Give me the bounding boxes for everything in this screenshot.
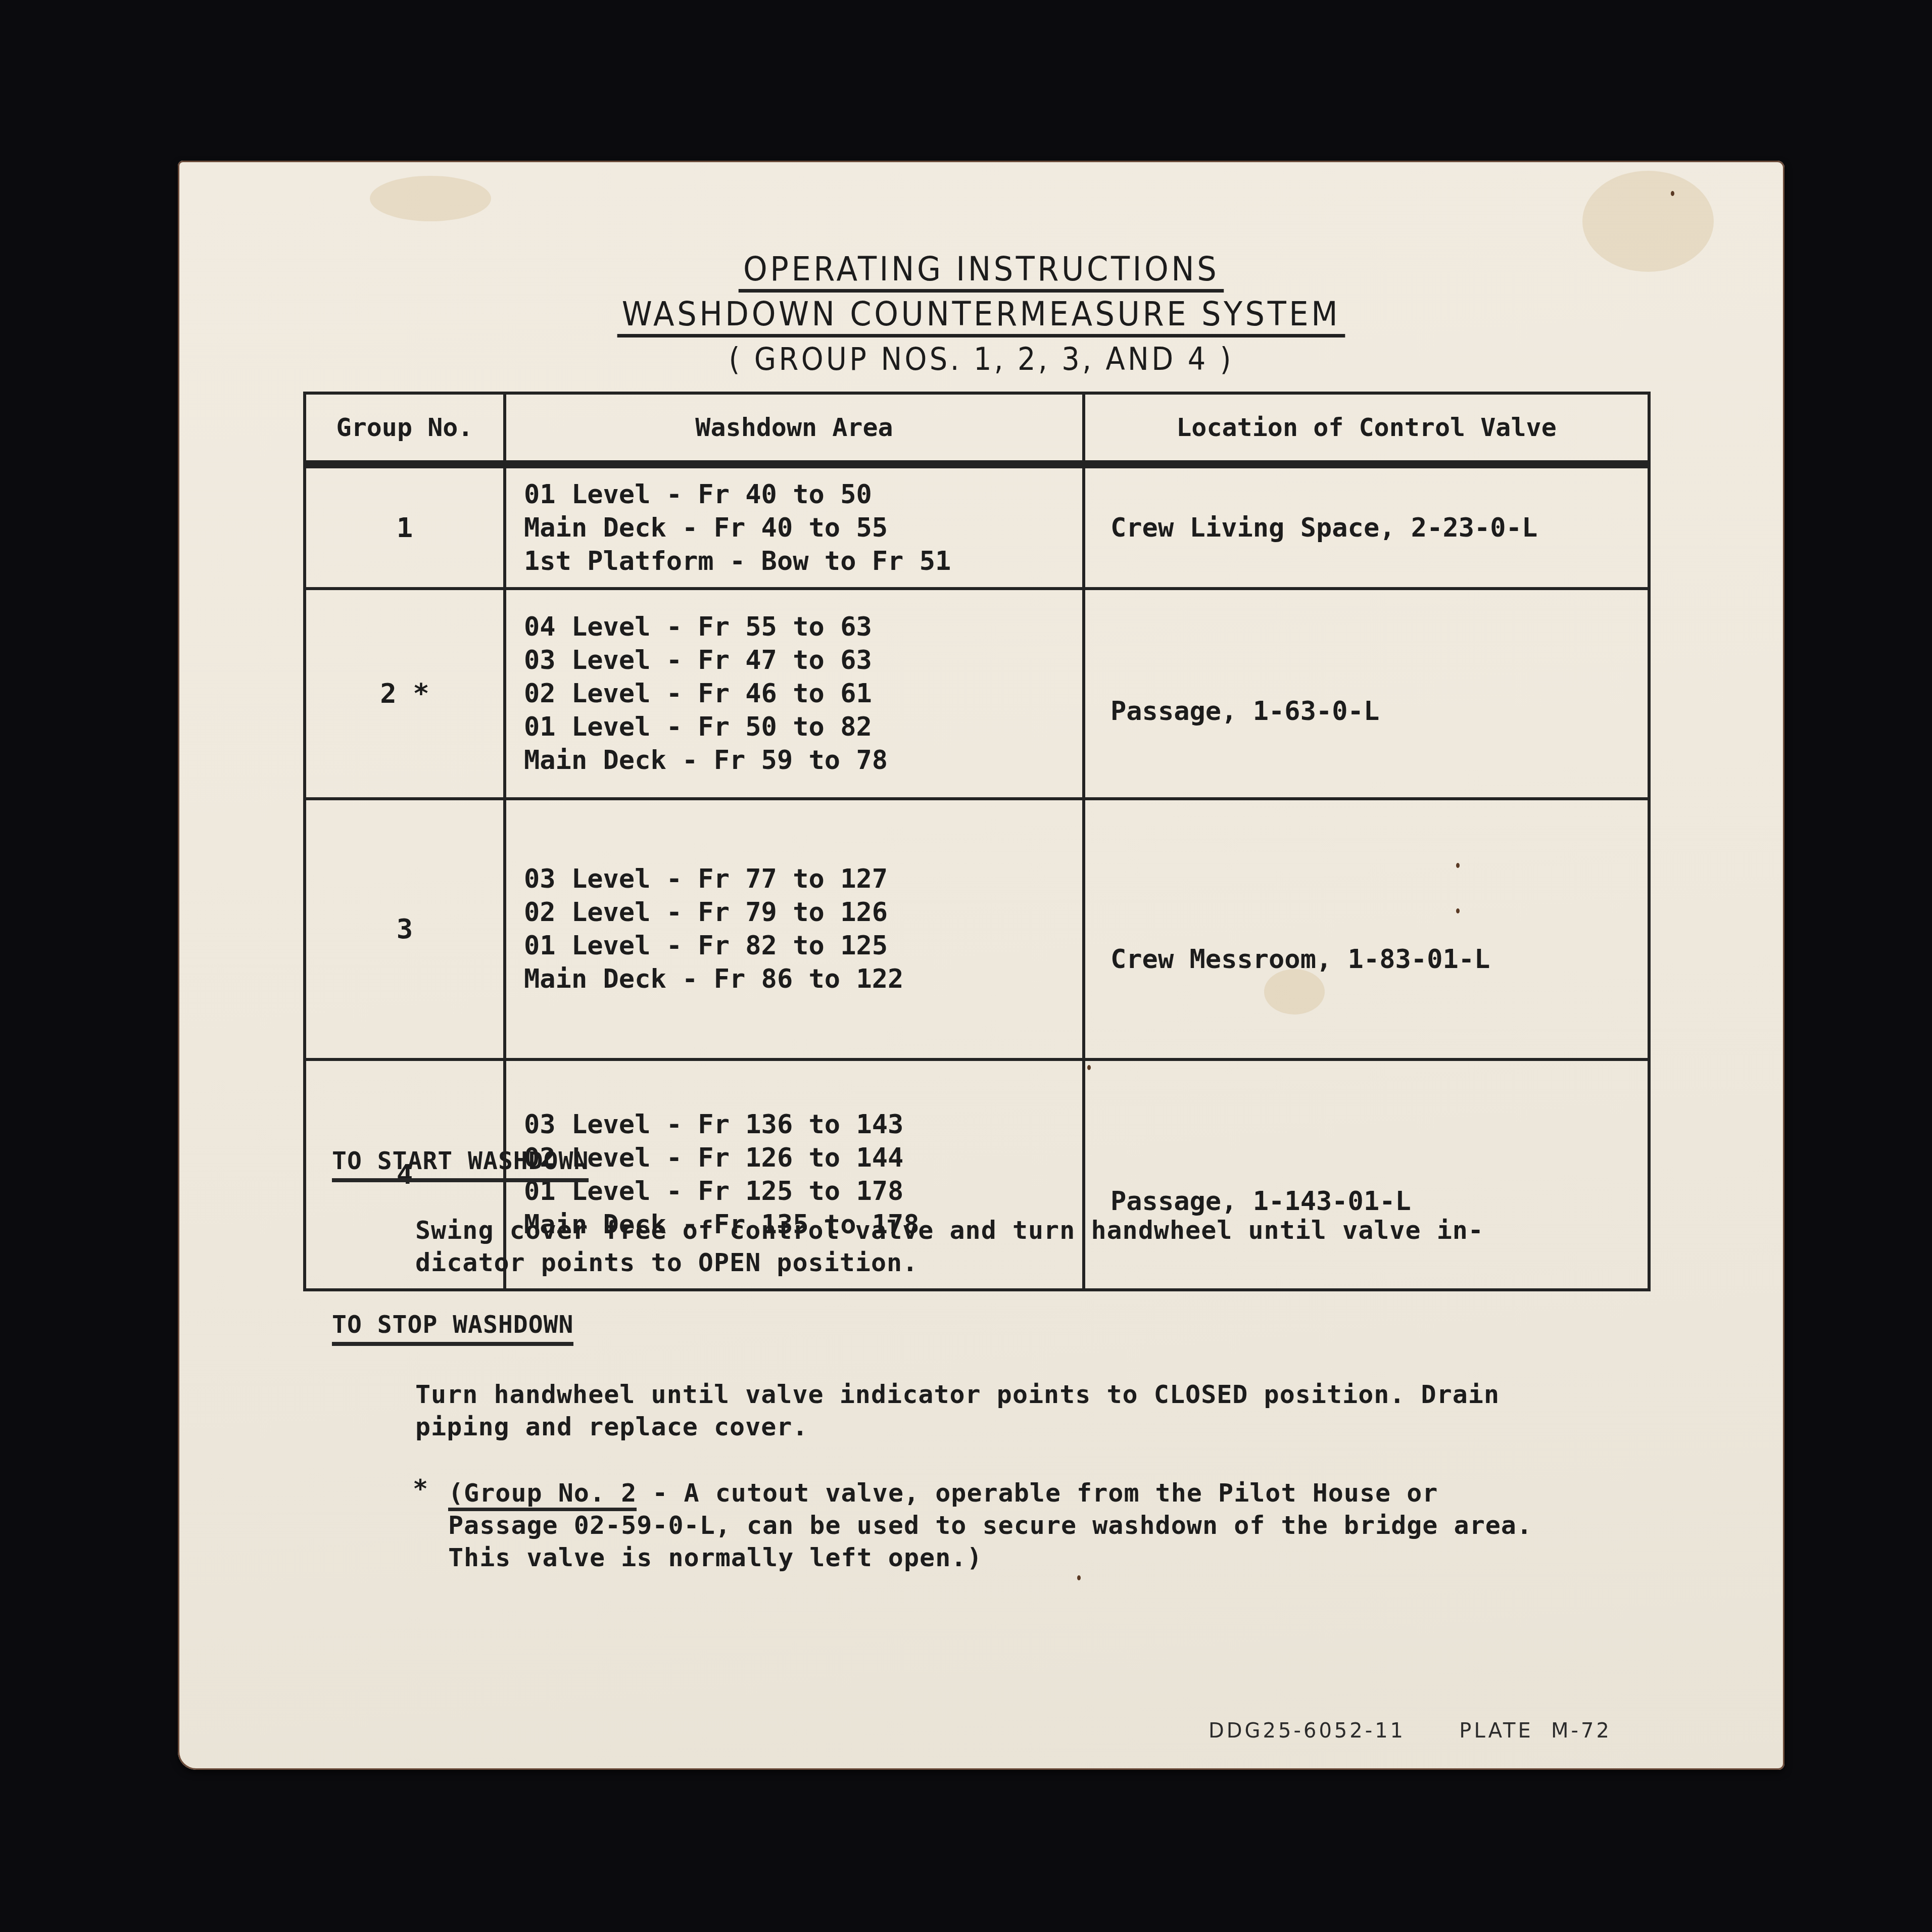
speck-mark [1671,191,1674,196]
footnote: (Group No. 2 - A cutout valve, operable … [448,1477,1671,1574]
footnote-line-3: This valve is normally left open.) [448,1541,1671,1574]
stain-mark [370,176,491,221]
area-line: 04 Level - Fr 55 to 63 [524,610,1082,644]
area-line: Main Deck - Fr 59 to 78 [524,744,1082,777]
start-washdown-instructions: Swing cover free of control valve and tu… [415,1214,1638,1279]
area-line: 02 Level - Fr 46 to 61 [524,677,1082,710]
instruction-plate: OPERATING INSTRUCTIONS WASHDOWN COUNTERM… [178,161,1784,1770]
header-washdown-area: Washdown Area [505,393,1084,464]
plate-number: PLATE M-72 [1459,1719,1612,1743]
start-washdown-heading: TO START WASHDOWN [332,1147,589,1182]
area-line: 01 Level - Fr 40 to 50 [524,478,1082,511]
footnote-line-2: Passage 02-59-0-L, can be used to secure… [448,1509,1671,1541]
title-block: OPERATING INSTRUCTIONS WASHDOWN COUNTERM… [178,252,1784,381]
group-number: 1 [305,464,505,589]
area-line: 01 Level - Fr 50 to 82 [524,710,1082,744]
instruction-line: Swing cover free of control valve and tu… [415,1214,1638,1246]
table-header-row: Group No. Washdown Area Location of Cont… [305,393,1649,464]
footnote-line-1: (Group No. 2 - A cutout valve, operable … [448,1477,1671,1509]
group-number: 3 [305,799,505,1059]
area-line: 02 Level - Fr 79 to 126 [524,896,1082,929]
washdown-area-cell: 04 Level - Fr 55 to 63 03 Level - Fr 47 … [505,589,1084,799]
stop-washdown-heading: TO STOP WASHDOWN [332,1311,573,1346]
drawing-number: DDG25-6052-11 [1209,1719,1406,1743]
footnote-group-ref: (Group No. 2 [448,1478,637,1511]
area-line: Main Deck - Fr 86 to 122 [524,962,1082,996]
table-row: 3 03 Level - Fr 77 to 127 02 Level - Fr … [305,799,1649,1059]
area-line: 01 Level - Fr 125 to 178 [524,1175,1082,1208]
instruction-line: dicator points to OPEN position. [415,1246,1638,1279]
area-line: 03 Level - Fr 47 to 63 [524,644,1082,677]
valve-location: Crew Messroom, 1-83-01-L [1084,799,1649,1059]
speck-mark [1077,1575,1081,1580]
area-line: 1st Platform - Bow to Fr 51 [524,545,1082,578]
title-line-2: WASHDOWN COUNTERMEASURE SYSTEM [617,297,1345,337]
group-number: 2 * [305,589,505,799]
area-line: Main Deck - Fr 40 to 55 [524,511,1082,545]
footnote-asterisk: * [413,1474,428,1504]
area-line: 01 Level - Fr 82 to 125 [524,929,1082,962]
area-line: 03 Level - Fr 136 to 143 [524,1108,1082,1141]
area-line: 03 Level - Fr 77 to 127 [524,862,1082,896]
footnote-line-1-text: - A cutout valve, operable from the Pilo… [637,1478,1438,1508]
washdown-area-cell: 03 Level - Fr 77 to 127 02 Level - Fr 79… [505,799,1084,1059]
subtitle: ( GROUP NOS. 1, 2, 3, AND 4 ) [729,342,1233,377]
stop-washdown-instructions: Turn handwheel until valve indicator poi… [415,1378,1638,1443]
table-row: 2 * 04 Level - Fr 55 to 63 03 Level - Fr… [305,589,1649,799]
instruction-line: Turn handwheel until valve indicator poi… [415,1378,1638,1411]
header-group-no: Group No. [305,393,505,464]
instruction-line: piping and replace cover. [415,1411,1638,1443]
plate-footer: DDG25-6052-11 PLATE M-72 [1209,1719,1612,1743]
table-row: 1 01 Level - Fr 40 to 50 Main Deck - Fr … [305,464,1649,589]
valve-location: Crew Living Space, 2-23-0-L [1084,464,1649,589]
title-line-1: OPERATING INSTRUCTIONS [739,252,1224,293]
washdown-area-cell: 01 Level - Fr 40 to 50 Main Deck - Fr 40… [505,464,1084,589]
area-line: 02 Level - Fr 126 to 144 [524,1141,1082,1175]
header-control-valve-location: Location of Control Valve [1084,393,1649,464]
valve-location: Passage, 1-63-0-L [1084,589,1649,799]
